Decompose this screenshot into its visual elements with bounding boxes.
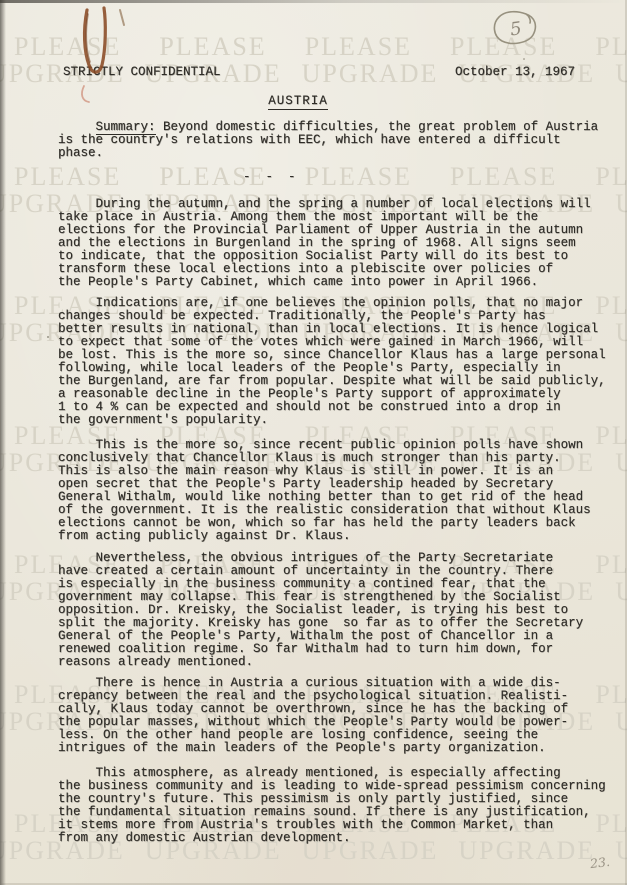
watermark-word: UPGRADE — [302, 61, 439, 87]
paragraph-1: During the autumn, and the spring a numb… — [58, 198, 591, 289]
paragraph-2: Indications are, if one believes the opi… — [58, 297, 606, 427]
summary-indent — [58, 120, 96, 134]
handwritten-page-number: 23. — [589, 854, 611, 871]
watermark-word: PLEASE — [305, 34, 412, 60]
watermark-word: UPGRADE — [615, 191, 627, 217]
watermark-row: PLEASEPLEASEPLEASEPLEASEPLEASEPLEASE — [14, 34, 627, 60]
watermark-word: PLEASE — [14, 164, 121, 190]
circled-number-text: 5 — [509, 18, 523, 40]
classification-stamp: STRICTLY CONFIDENTIAL — [63, 66, 221, 79]
document-title-text: AUSTRIA — [268, 94, 328, 110]
paper-speck — [47, 336, 49, 338]
circled-page-number: 5 — [490, 8, 542, 50]
summary-first-line: Beyond domestic difficulties, the great … — [156, 120, 599, 134]
watermark-word: PLEASE — [450, 164, 557, 190]
paragraph-5: There is hence in Austria a curious situ… — [58, 677, 568, 755]
scan-edge-top — [0, 0, 627, 3]
watermark-word: PLEASE — [595, 164, 627, 190]
section-separator: - - - — [243, 171, 296, 184]
watermark-word: PLEASE — [595, 552, 627, 578]
watermark-word: PLEASE — [14, 34, 121, 60]
watermark-word: UPGRADE — [615, 61, 627, 87]
watermark-word: PLEASE — [305, 164, 412, 190]
watermark-word: PLEASE — [159, 34, 266, 60]
document-date: October 13, 1967 — [455, 66, 575, 79]
watermark-word: PLEASE — [595, 682, 627, 708]
paper-speck — [523, 58, 525, 60]
watermark-word: UPGRADE — [615, 838, 627, 864]
watermark-row: PLEASEPLEASEPLEASEPLEASEPLEASEPLEASE — [14, 164, 627, 190]
scanned-page: PLEASEPLEASEPLEASEPLEASEPLEASEPLEASEUPGR… — [0, 0, 627, 885]
watermark-word: UPGRADE — [615, 450, 627, 476]
document-title: AUSTRIA — [0, 95, 596, 108]
watermark-word: PLEASE — [595, 34, 627, 60]
scan-edge-left — [0, 0, 6, 885]
summary-body: is the country's relations with EEC, whi… — [58, 133, 561, 160]
paragraph-6: This atmosphere, as already mentioned, i… — [58, 767, 606, 845]
paragraph-4: Nevertheless, the obvious intrigues of t… — [58, 552, 583, 669]
watermark-word: UPGRADE — [615, 579, 627, 605]
watermark-word: UPGRADE — [615, 709, 627, 735]
watermark-word: PLEASE — [450, 34, 557, 60]
summary-paragraph: Summary: Beyond domestic difficulties, t… — [58, 121, 598, 160]
watermark-word: UPGRADE — [615, 320, 627, 346]
paragraph-3: This is the more so, since recent public… — [58, 439, 591, 543]
paper-speck — [88, 268, 90, 270]
